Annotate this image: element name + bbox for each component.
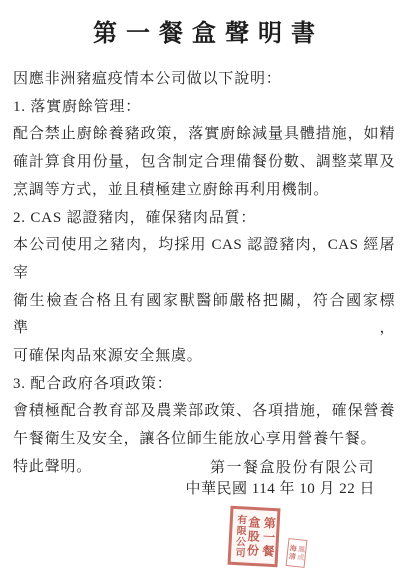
personal-seal-stamp: 鳳成 海清 bbox=[286, 538, 308, 568]
item-2-heading: 2. CAS 認證豬肉，確保豬肉品質： bbox=[13, 205, 395, 233]
document-title: 第一餐盒聲明書 bbox=[0, 13, 408, 48]
company-seal-column-3: 有限公司 bbox=[232, 513, 245, 557]
signature-company-name: 第一餐盒股份有限公司 bbox=[186, 458, 375, 479]
signature-block: 第一餐盒股份有限公司 中華民國 114 年 10 月 22 日 bbox=[186, 458, 375, 500]
personal-seal-column-1: 鳳成 bbox=[296, 545, 305, 562]
item-3-text-line-2: 午餐衛生及安全，讓各位師生能放心享用營養午餐。 bbox=[13, 426, 395, 454]
item-1-text-line-3: 烹調等方式，並且積極建立廚餘再利用機制。 bbox=[13, 177, 395, 205]
company-seal-column-2: 盒股份 bbox=[246, 515, 261, 558]
company-seal-stamp: 第一餐 盒股份 有限公司 bbox=[227, 506, 280, 568]
item-3-text-line-1: 會積極配合教育部及農業部政策、各項措施，確保營養 bbox=[13, 398, 395, 426]
item-3-heading: 3. 配合政府各項政策： bbox=[13, 371, 395, 399]
item-1-text-line-1: 配合禁止廚餘養豬政策，落實廚餘減量具體措施，如精 bbox=[13, 121, 395, 149]
signature-date: 中華民國 114 年 10 月 22 日 bbox=[186, 479, 375, 500]
item-2-text-line-1: 本公司使用之豬肉，均採用 CAS 認證豬肉，CAS 經屠宰 bbox=[13, 232, 395, 287]
item-1-text-line-2: 確計算食用份量，包含制定合理備餐份數、調整菜單及 bbox=[13, 149, 395, 177]
item-1-heading: 1. 落實廚餘管理： bbox=[13, 94, 395, 122]
document-body: 因應非洲豬瘟疫情本公司做以下說明： 1. 落實廚餘管理： 配合禁止廚餘養豬政策，… bbox=[13, 66, 395, 482]
intro-line: 因應非洲豬瘟疫情本公司做以下說明： bbox=[13, 66, 395, 94]
statement-document-page: 第一餐盒聲明書 因應非洲豬瘟疫情本公司做以下說明： 1. 落實廚餘管理： 配合禁… bbox=[0, 0, 408, 588]
personal-seal-column-2: 海清 bbox=[288, 544, 297, 561]
item-2-text-line-3: 可確保肉品來源安全無虞。 bbox=[13, 343, 395, 371]
company-seal-column-1: 第一餐 bbox=[261, 516, 276, 559]
item-2-text-line-2: 衛生檢查合格且有國家獸醫師嚴格把關，符合國家標準， bbox=[13, 288, 395, 343]
